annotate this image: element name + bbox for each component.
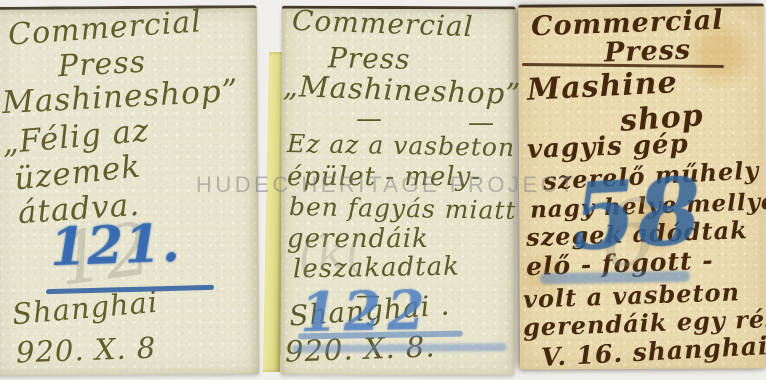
handwritten-line: Press <box>57 48 147 83</box>
handwritten-line: ben fagyás miatt <box>289 194 517 223</box>
pencil-ghost-mark: (k( <box>296 227 367 279</box>
handwritten-line: Press <box>328 44 411 73</box>
handwritten-line: — <box>356 106 383 132</box>
blue-crayon-smudge <box>292 343 507 353</box>
blue-crayon-number: 121. <box>49 218 181 275</box>
handwritten-line: „Mashineshop” <box>283 72 522 109</box>
handwritten-line: 920. X. 8 <box>16 334 157 368</box>
photo-of-index-cards: CommercialPressMashineshop”„Félig azüzem… <box>0 0 766 380</box>
handwritten-line: Press <box>604 36 692 66</box>
handwritten-line: Commercial <box>292 7 474 41</box>
watermark-text: HUDEC HERITAGE PROJECT <box>196 172 577 198</box>
handwritten-line: Commercial <box>7 7 203 50</box>
handwritten-line: Mashine <box>526 68 678 106</box>
blue-crayon-number: 58 <box>570 165 705 264</box>
handwritten-line: Commercial <box>531 7 724 41</box>
handwritten-line: Mashineshop” <box>1 76 239 119</box>
handwritten-line: Ez az a vasbeton <box>287 131 516 160</box>
